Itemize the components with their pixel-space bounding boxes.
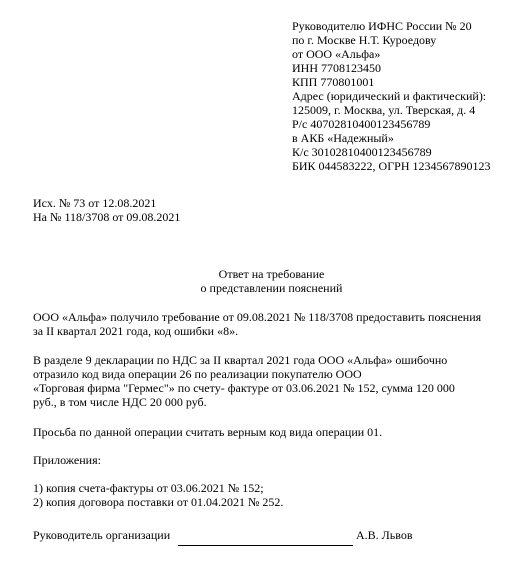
attachment-item: 1) копия счета-фактуры от 03.06.2021 № 1… [33, 481, 283, 495]
outgoing-reference: Исх. № 73 от 12.08.2021 [33, 196, 180, 210]
document-title-line2: о представлении пояснений [0, 281, 519, 295]
attachments-label: Приложения: [33, 453, 101, 467]
attachment-item: 2) копия договора поставки от 01.04.2021… [33, 495, 283, 509]
sender-bik-ogrn: БИК 044583222, ОГРН 1234567890123 [292, 159, 491, 173]
paragraph-line: руб., в том числе НДС 20 000 руб. [33, 395, 455, 409]
signature-role: Руководитель организации [33, 528, 170, 542]
attachments-heading: Приложения: [33, 453, 101, 467]
paragraph-line: «Торговая фирма "Гермес"» по счету- факт… [33, 381, 455, 395]
sender-address-label: Адрес (юридический и фактический): [292, 89, 491, 103]
addressee-recipient-name: по г. Москве Н.Т. Куроедову [292, 33, 491, 47]
sender-address: 125009, г. Москва, ул. Тверская, д. 4 [292, 103, 491, 117]
paragraph-line: В разделе 9 декларации по НДС за II квар… [33, 353, 455, 367]
sender-inn: ИНН 7708123450 [292, 61, 491, 75]
paragraph-error-explanation: В разделе 9 декларации по НДС за II квар… [33, 353, 455, 409]
document-title-line1: Ответ на требование [0, 267, 519, 281]
paragraph-line: отразило код вида операции 26 по реализа… [33, 367, 455, 381]
addressee-recipient: Руководителю ИФНС России № 20 [292, 19, 491, 33]
paragraph-line: ООО «Альфа» получило требование от 09.08… [33, 310, 481, 324]
sender-bank: в АКБ «Надежный» [292, 131, 491, 145]
signature-block: Руководитель организации А.В. Львов [33, 528, 513, 548]
paragraph-line: Просьба по данной операции считать верны… [33, 425, 382, 439]
signature-line [178, 545, 353, 546]
sender-company: от ООО «Альфа» [292, 47, 491, 61]
reply-to-reference: На № 118/3708 от 09.08.2021 [33, 210, 180, 224]
paragraph-correction-request: Просьба по данной операции считать верны… [33, 425, 382, 439]
signatory-name: А.В. Львов [356, 528, 413, 542]
sender-kpp: КПП 770801001 [292, 75, 491, 89]
sender-settlement-account: Р/с 40702810400123456789 [292, 117, 491, 131]
addressee-block: Руководителю ИФНС России № 20 по г. Моск… [292, 19, 491, 173]
attachments-list: 1) копия счета-фактуры от 03.06.2021 № 1… [33, 481, 283, 509]
sender-correspondent-account: К/с 30102810400123456789 [292, 145, 491, 159]
reference-block: Исх. № 73 от 12.08.2021 На № 118/3708 от… [33, 196, 180, 224]
paragraph-request-received: ООО «Альфа» получило требование от 09.08… [33, 310, 481, 338]
document-title: Ответ на требование о представлении пояс… [0, 267, 519, 295]
paragraph-line: за II квартал 2021 года, код ошибки «8». [33, 324, 481, 338]
